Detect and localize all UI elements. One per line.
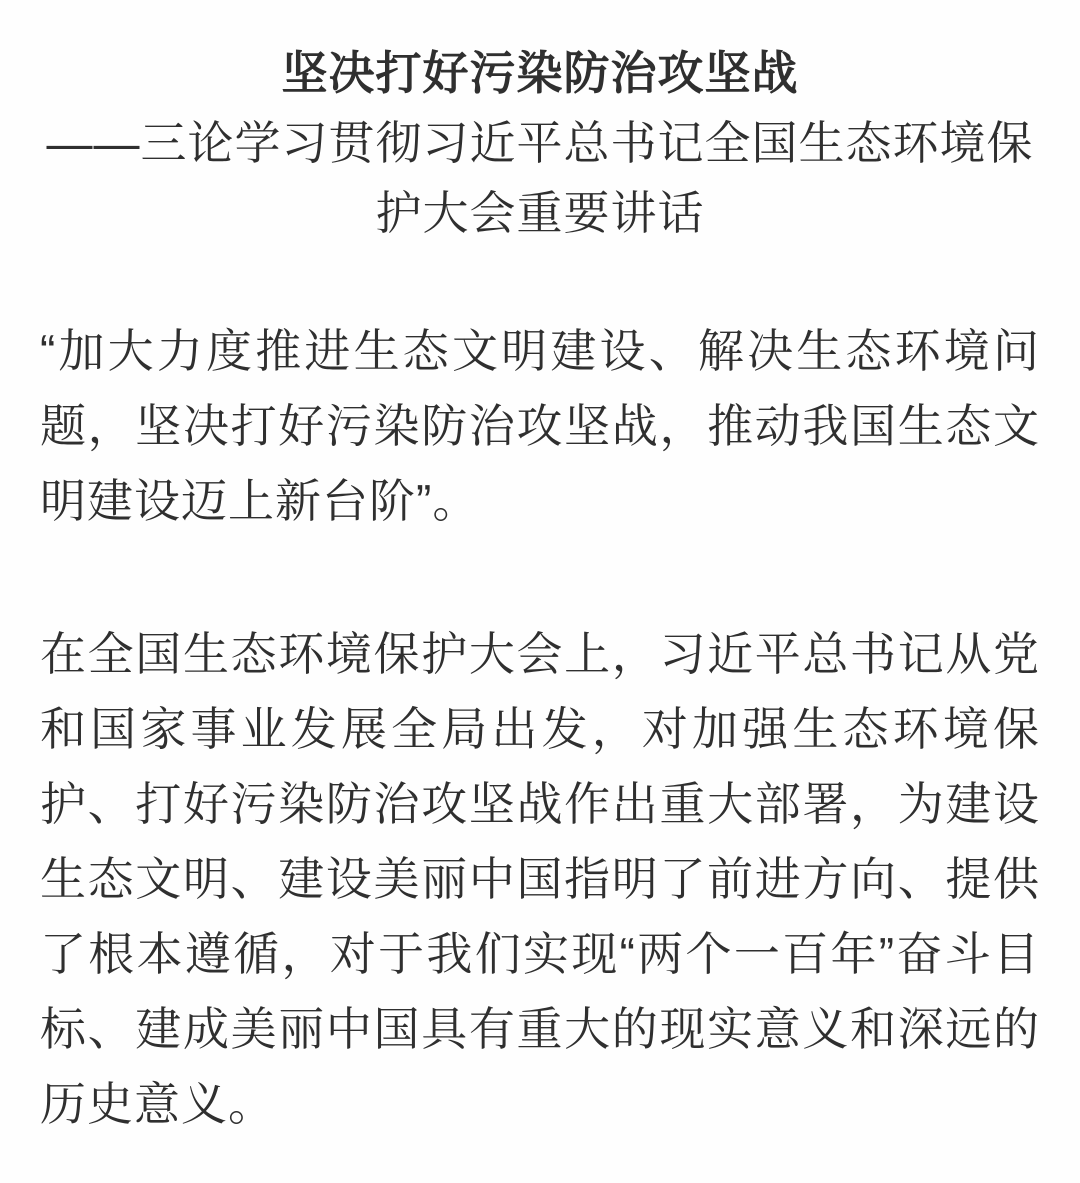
article-title: 坚决打好污染防治攻坚战 xyxy=(40,38,1040,108)
article-subtitle: ——三论学习贯彻习近平总书记全国生态环境保护大会重要讲话 xyxy=(40,108,1040,248)
article-paragraph-quote: “加大力度推进生态文明建设、解决生态环境问题，坚决打好污染防治攻坚战，推动我国生… xyxy=(40,314,1040,539)
article-body: “加大力度推进生态文明建设、解决生态环境问题，坚决打好污染防治攻坚战，推动我国生… xyxy=(40,314,1040,1142)
article-page: 坚决打好污染防治攻坚战 ——三论学习贯彻习近平总书记全国生态环境保护大会重要讲话… xyxy=(0,0,1080,1183)
article-header: 坚决打好污染防治攻坚战 ——三论学习贯彻习近平总书记全国生态环境保护大会重要讲话 xyxy=(40,38,1040,248)
article-paragraph-commentary: 在全国生态环境保护大会上，习近平总书记从党和国家事业发展全局出发，对加强生态环境… xyxy=(40,617,1040,1142)
